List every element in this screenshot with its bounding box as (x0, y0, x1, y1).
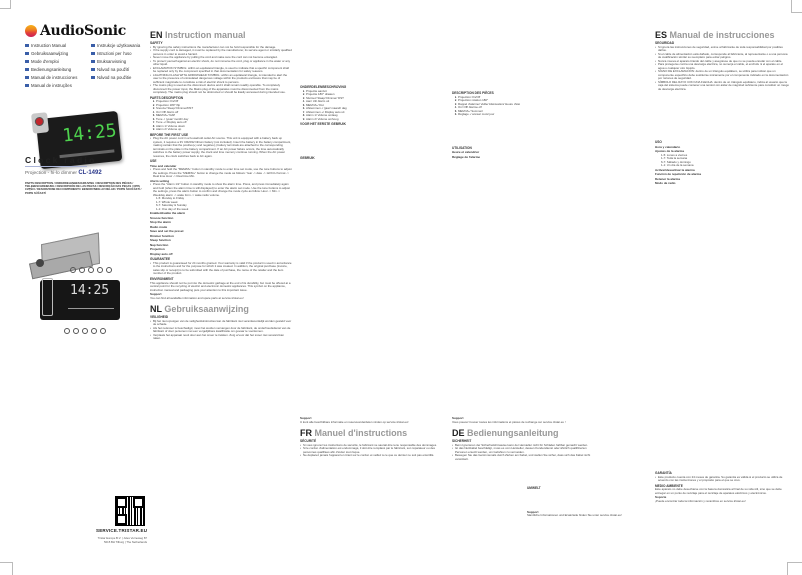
flag-icon (25, 52, 29, 55)
product-title: Clock radio (25, 155, 97, 165)
flag-icon (91, 68, 95, 71)
flag-icon (91, 60, 95, 63)
brand-name: AudioSonic (40, 23, 126, 39)
column-en: EN Instruction manual SAFETY By ignoring… (150, 30, 292, 341)
language-item-es: Manual de instrucciones (25, 74, 89, 81)
brand-logo-icon (25, 25, 37, 37)
callout-marker (79, 267, 85, 273)
diagram-front-view: 14:25 (40, 280, 120, 320)
company-address: Tristar Europe B.V. | Jules Verneweg 87 … (97, 536, 147, 544)
column-es: ES Manual de instrucciones SEGURIDAD Si … (655, 30, 790, 186)
callouts-front (64, 328, 106, 334)
parts-description-heading: PARTS DESCRIPTION / ONDERDELENBESCHRIJVI… (25, 182, 145, 195)
diagram-projector-arm (42, 278, 53, 316)
brand-logo: AudioSonic (25, 23, 126, 39)
parts-list: Projection On/Off Projection 180° flip S… (150, 100, 292, 132)
flag-icon (25, 68, 29, 71)
flag-icon (25, 84, 29, 87)
diagram-display-time: 14:25 (70, 283, 109, 298)
crop-mark-bottom-right (787, 562, 802, 575)
callout-marker (91, 328, 97, 334)
callouts-top (70, 267, 112, 273)
language-item-en: Instruction Manual (25, 42, 89, 49)
callout-marker (73, 328, 79, 334)
flag-icon (25, 76, 29, 79)
section-heading-en: EN Instruction manual (150, 30, 292, 40)
flag-icon (25, 60, 29, 63)
safety-list: By ignoring the safety instructions the … (150, 46, 292, 95)
title-underline (25, 166, 87, 167)
product-subtitle: Projection - hi-lo dimmer CL-1492 (25, 170, 102, 176)
language-item-de: Bedienungsanleitung (25, 66, 89, 73)
projector-head (31, 112, 49, 134)
section-heading-de: DE Bedienungsanleitung (452, 428, 592, 438)
column-fr: DESCRIPTION DES PIÈCES Projection On/Off… (452, 38, 592, 159)
column-de-bottom: UMWELT Support Sämtliche Informationen u… (527, 485, 652, 518)
language-list: Instruction Manual Instrukcje użytkowani… (25, 42, 170, 89)
flag-icon (25, 44, 29, 47)
qr-code[interactable] (115, 496, 145, 526)
flag-icon (91, 76, 95, 79)
display-time: 14:25 (61, 120, 117, 147)
callout-marker (100, 328, 106, 334)
projector-lens-icon (34, 117, 44, 127)
callout-marker (97, 267, 103, 273)
diagram-lens (36, 259, 44, 267)
flag-icon (91, 44, 95, 47)
flag-icon (91, 52, 95, 55)
language-item-fr: Mode d'emploi (25, 58, 89, 65)
callout-marker (70, 267, 76, 273)
crop-mark-top-right (791, 0, 802, 13)
callout-marker (88, 267, 94, 273)
section-heading-es: ES Manual de instrucciones (655, 30, 790, 40)
crop-mark-bottom-left (0, 562, 13, 575)
language-item-pt: Manual de instruções (25, 82, 89, 89)
section-heading-fr: FR Manuel d'instructions (300, 428, 442, 438)
callout-marker (82, 328, 88, 334)
callout-marker (106, 267, 112, 273)
section-heading-nl: NL Gebruiksaanwijzing (150, 304, 292, 314)
model-number: CL-1492 (78, 170, 101, 176)
column-nl: ONDERDELENBESCHRIJVING Projectie aan/uit… (300, 38, 442, 160)
service-url[interactable]: SERVICE.TRISTAR.EU (96, 528, 147, 533)
language-item-nl: Gebruiksaanwijzing (25, 50, 89, 57)
crop-mark-top-left (0, 0, 11, 9)
callout-marker (64, 328, 70, 334)
weekday-modes: 1-5: Monday to Friday 1-7: Whole week 6-… (150, 197, 292, 211)
diagram-button-line (68, 308, 114, 309)
